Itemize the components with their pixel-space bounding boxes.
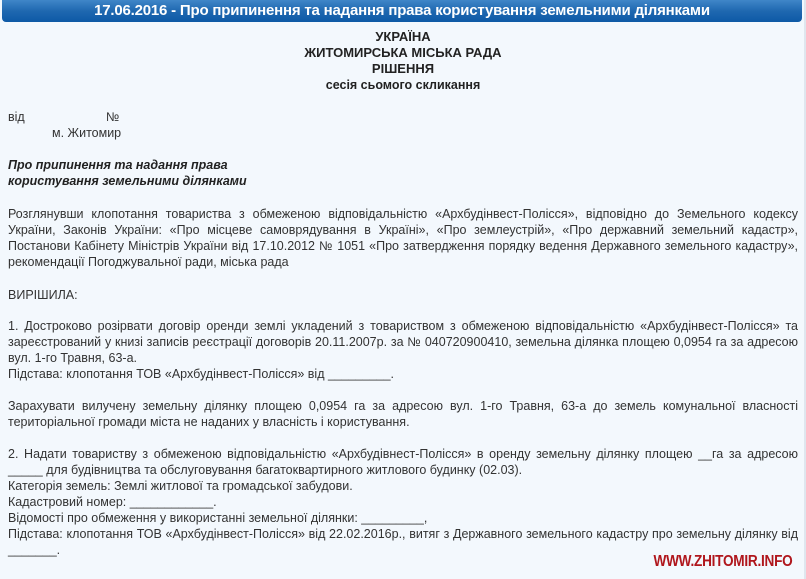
subject-line-2: користування земельними ділянками xyxy=(8,173,798,189)
document-page: 17.06.2016 - Про припинення та надання п… xyxy=(0,0,806,579)
item-2-category: Категорія земель: Землі житлової та гром… xyxy=(8,478,798,494)
subject-line-1: Про припинення та надання права xyxy=(8,157,798,173)
preamble: Розглянувши клопотання товариства з обме… xyxy=(8,206,798,270)
document-heading: УКРАЇНА ЖИТОМИРСЬКА МІСЬКА РАДА РІШЕННЯ … xyxy=(0,29,806,93)
heading-council: ЖИТОМИРСЬКА МІСЬКА РАДА xyxy=(0,45,806,61)
item-2: 2. Надати товариству з обмеженою відпові… xyxy=(8,446,798,478)
date-line: від № xyxy=(8,109,798,125)
item-1-basis: Підстава: клопотання ТОВ «Архбудінвест-П… xyxy=(8,366,798,382)
site-watermark: WWW.ZHITOMIR.INFO xyxy=(653,553,792,571)
date-label: від xyxy=(8,110,25,124)
heading-type: РІШЕННЯ xyxy=(0,61,806,77)
item-2-cadastral: Кадастровий номер: ____________. xyxy=(8,494,798,510)
item-2-restrictions: Відомості про обмеження у використанні з… xyxy=(8,510,798,526)
city: м. Житомир xyxy=(52,125,352,141)
item-1: 1. Достроково розірвати договір оренди з… xyxy=(8,318,798,366)
item-1-transfer: Зарахувати вилучену земельну ділянку пло… xyxy=(8,398,798,430)
article-title: 17.06.2016 - Про припинення та надання п… xyxy=(94,2,710,19)
decided-label: ВИРІШИЛА: xyxy=(8,287,798,303)
heading-country: УКРАЇНА xyxy=(0,29,806,45)
article-title-bar: 17.06.2016 - Про припинення та надання п… xyxy=(2,0,802,22)
heading-session: сесія сьомого скликання xyxy=(0,77,806,93)
number-label: № xyxy=(106,109,119,125)
